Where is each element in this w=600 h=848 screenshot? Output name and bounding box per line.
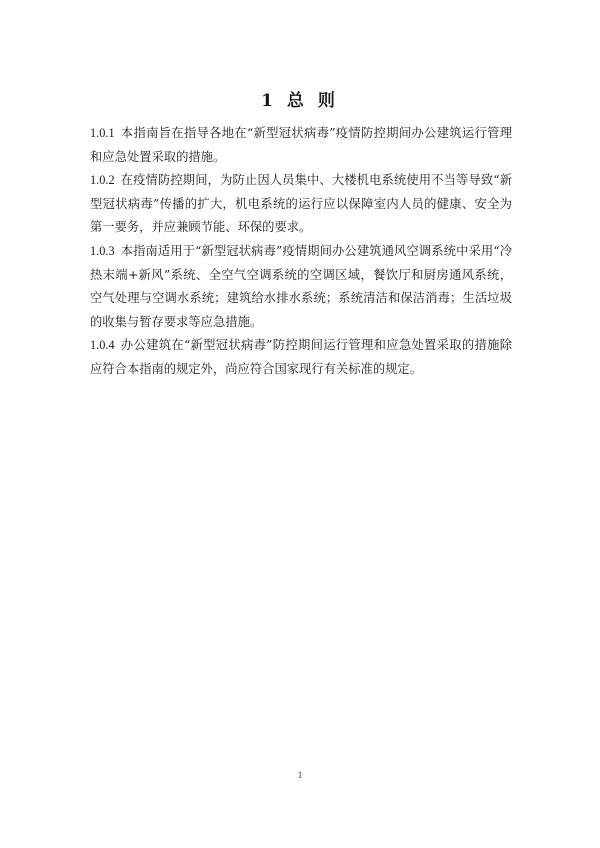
clause-text: 办公建筑在“新型冠状病毒”防控期间运行管理和应急处置采取的措施除应符合本指南的规… bbox=[90, 338, 512, 376]
clause-number: 1.0.4 bbox=[90, 338, 115, 352]
clauses-body: 1.0.1本指南旨在指导各地在“新型冠状病毒”疫情防控期间办公建筑运行管理和应急… bbox=[90, 122, 512, 382]
clause-text: 在疫情防控期间，为防止因人员集中、大楼机电系统使用不当等导致“新型冠状病毒”传播… bbox=[90, 173, 512, 234]
clause-1-0-4: 1.0.4办公建筑在“新型冠状病毒”防控期间运行管理和应急处置采取的措施除应符合… bbox=[90, 334, 512, 381]
clause-text: 本指南适用于“新型冠状病毒”疫情期间办公建筑通风空调系统中采用“冷热末端+新风”… bbox=[90, 244, 512, 329]
clause-1-0-3: 1.0.3本指南适用于“新型冠状病毒”疫情期间办公建筑通风空调系统中采用“冷热末… bbox=[90, 240, 512, 334]
page-title: 1 总 则 bbox=[0, 86, 600, 111]
clause-text: 本指南旨在指导各地在“新型冠状病毒”疫情防控期间办公建筑运行管理和应急处置采取的… bbox=[90, 126, 512, 164]
clause-1-0-2: 1.0.2在疫情防控期间，为防止因人员集中、大楼机电系统使用不当等导致“新型冠状… bbox=[90, 169, 512, 240]
page-number: 1 bbox=[0, 770, 600, 780]
clause-number: 1.0.2 bbox=[90, 173, 115, 187]
clause-number: 1.0.1 bbox=[90, 126, 115, 140]
clause-number: 1.0.3 bbox=[90, 244, 115, 258]
clause-1-0-1: 1.0.1本指南旨在指导各地在“新型冠状病毒”疫情防控期间办公建筑运行管理和应急… bbox=[90, 122, 512, 169]
